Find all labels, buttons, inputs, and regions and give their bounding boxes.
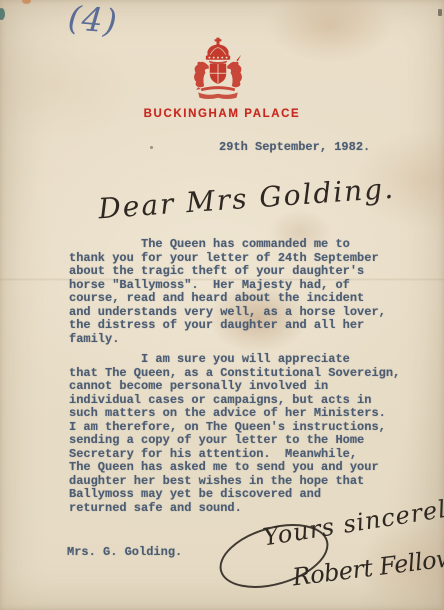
body-paragraph-1: The Queen has commanded me to thank you … (69, 238, 409, 346)
scanned-letter: (4) BUCKINGHAM PALACE 29th Sep (0, 0, 444, 610)
addressee-name: Mrs. G. Golding. (67, 546, 182, 560)
royal-coat-of-arms-icon (185, 37, 251, 101)
paper-speck (150, 146, 153, 149)
handwritten-page-number: (4) (66, 0, 119, 41)
body-paragraph-2: I am sure you will appreciate that The Q… (69, 353, 414, 515)
letterhead-title: BUCKINGHAM PALACE (0, 108, 444, 120)
letter-date: 29th September, 1982. (219, 141, 370, 155)
paper-speck (438, 9, 442, 16)
